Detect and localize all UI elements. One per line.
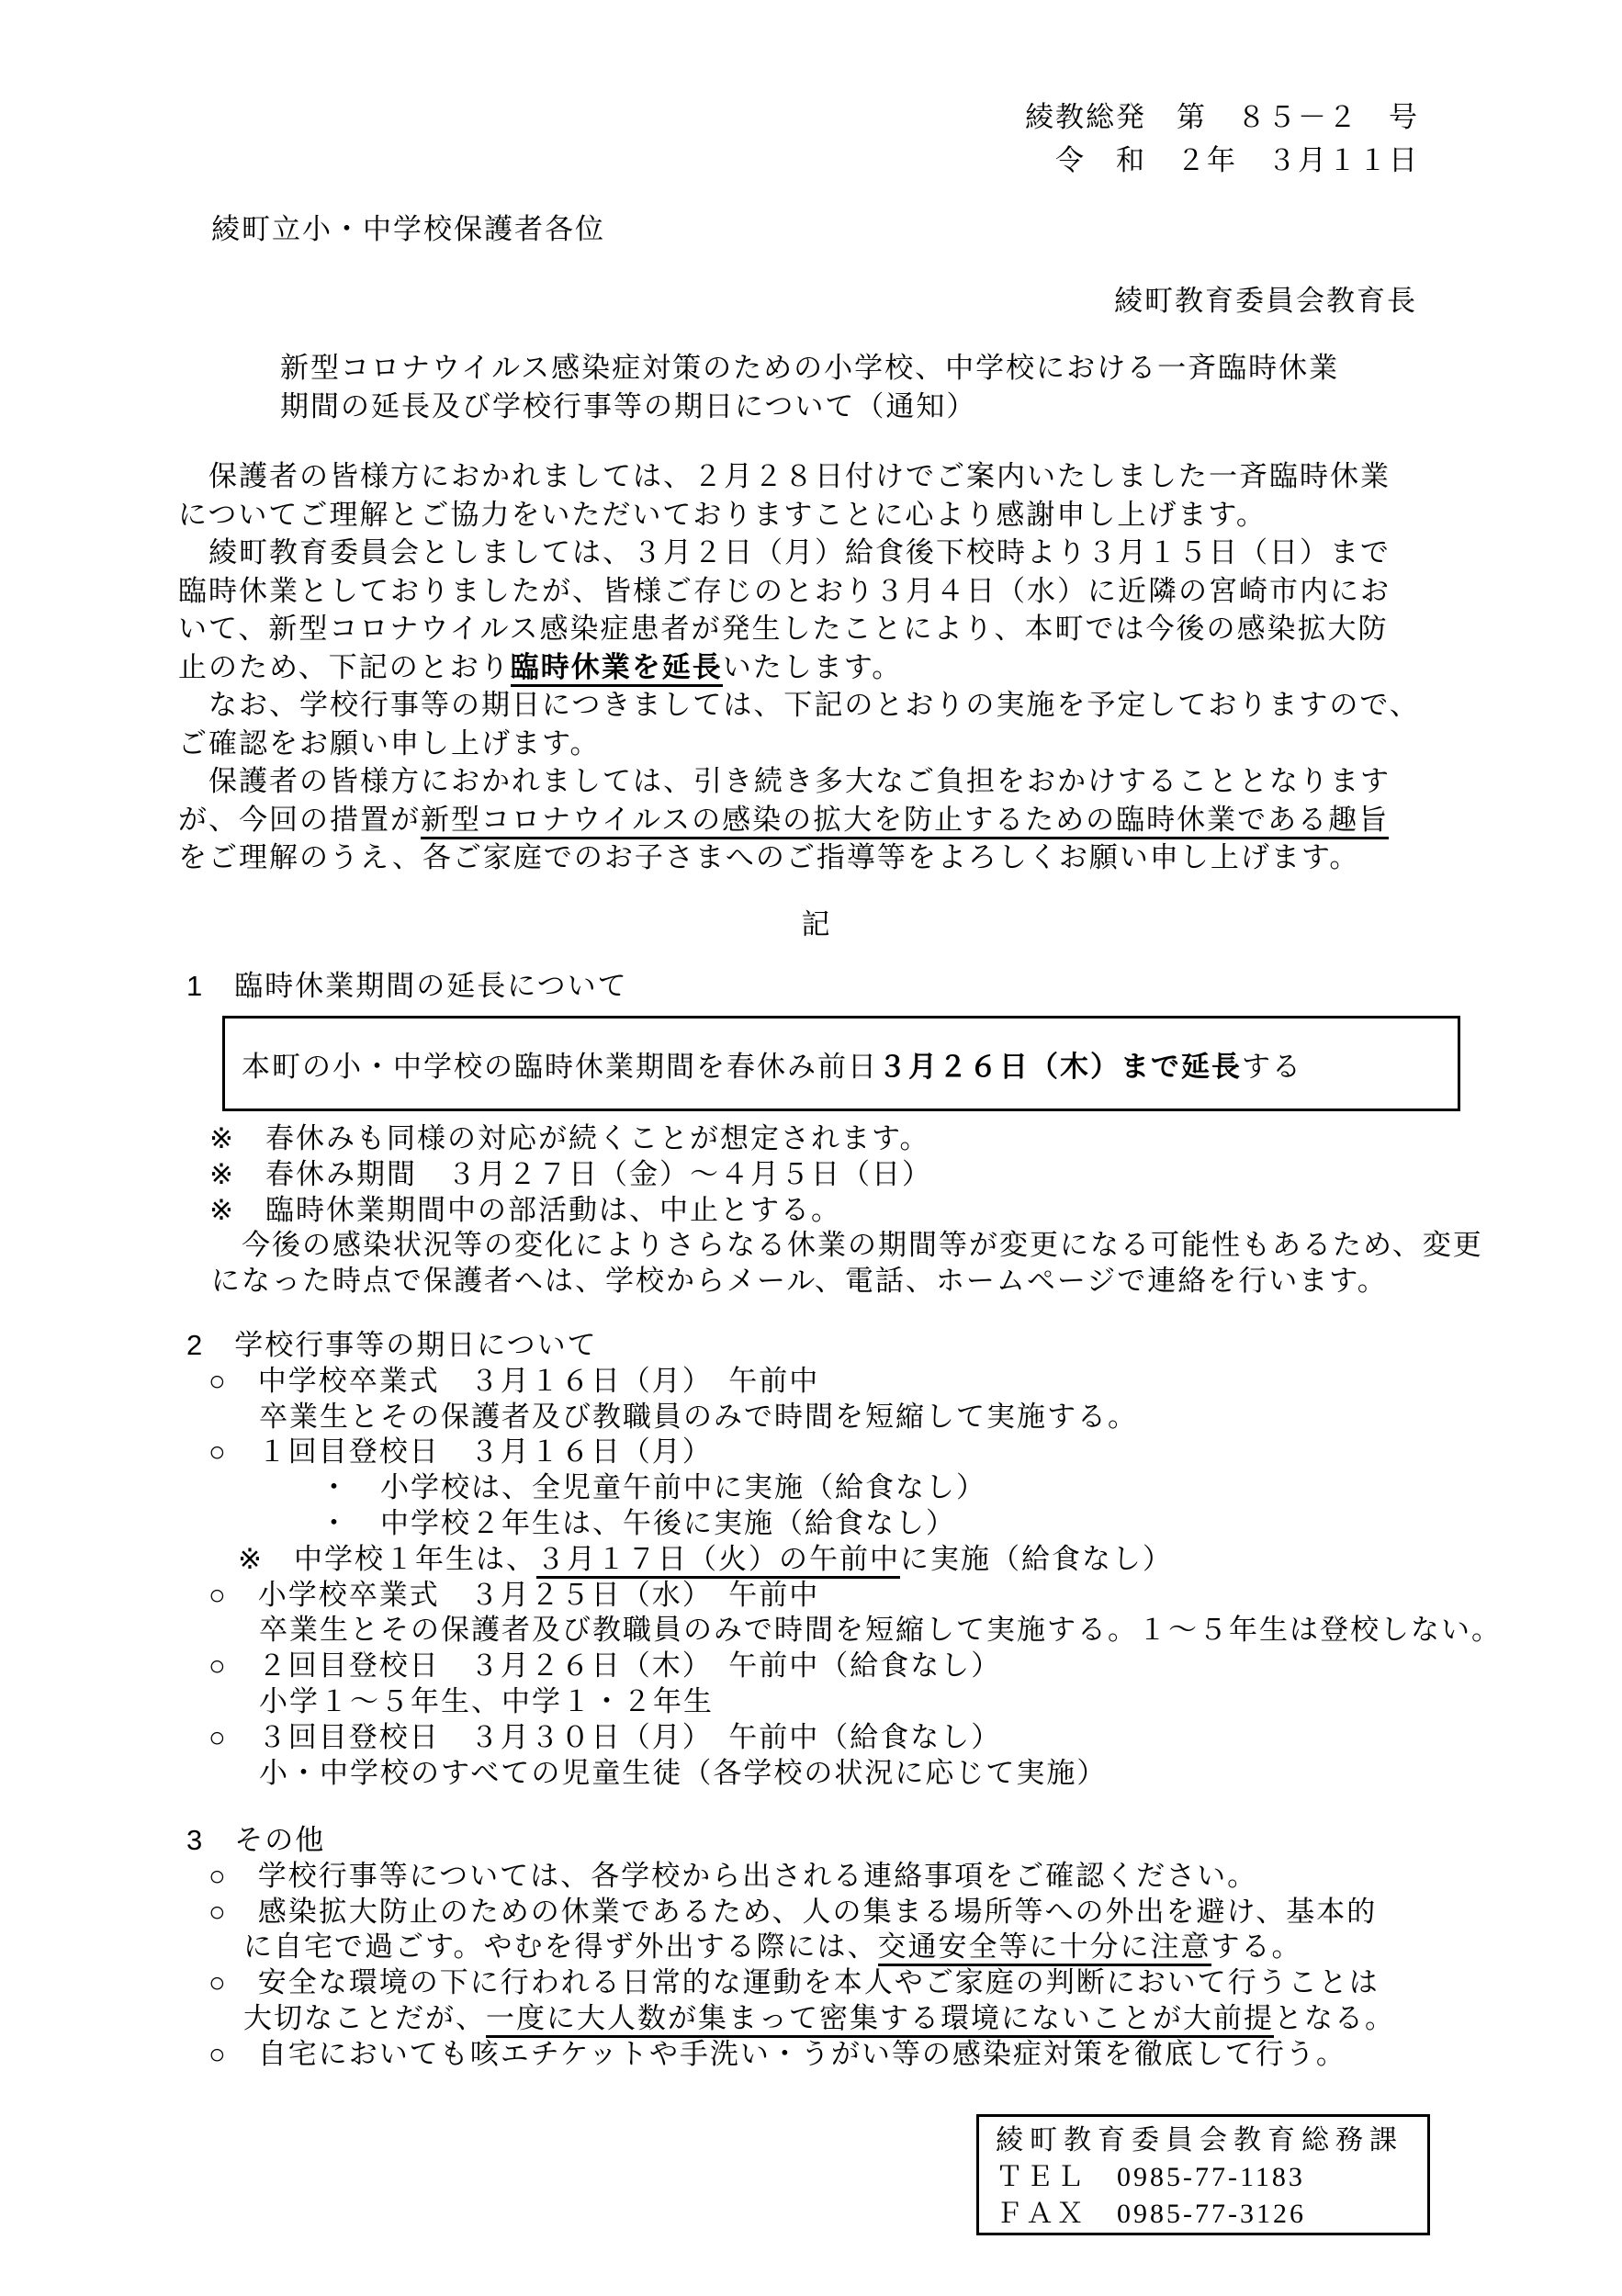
- text-line: 保護者の皆様方におかれましては、引き続き多大なご負担をおかけすることとなります: [178, 762, 1420, 801]
- text-line: になった時点で保護者へは、学校からメール、電話、ホームページで連絡を行います。: [211, 1264, 1483, 1300]
- text-line: 本町の小・中学校の臨時休業期間を春休み前日３月２６日（木）まで延長する: [242, 1043, 1302, 1085]
- text-line: ○ １回目登校日 ３月１６日（月）: [208, 1435, 1502, 1470]
- document-title-line2: 期間の延長及び学校行事等の期日について（通知）: [280, 388, 1339, 426]
- text-segment: ※ 臨時休業期間中の部活動は、中止とする。: [209, 1194, 841, 1226]
- ki-heading: 記: [178, 901, 1455, 942]
- text-line: 臨時休業としておりましたが、皆様ご存じのとおり３月４日（水）に近隣の宮崎市内にお: [178, 572, 1420, 611]
- text-segment: ○ 小学校卒業式 ３月２５日（水） 午前中: [208, 1579, 819, 1611]
- contact-box: 綾町教育委員会教育総務課ＴＥＬ 0985-77-1183ＦＡＸ 0985-77-…: [976, 2114, 1430, 2235]
- text-segment: についてご理解とご協力をいただいておりますことに心より感謝申し上げます。: [178, 499, 1267, 531]
- text-line: ○ ３回目登校日 ３月３０日（月） 午前中（給食なし）: [208, 1720, 1502, 1756]
- text-segment: ※ 春休み期間 ３月２７日（金）～４月５日（日）: [209, 1158, 932, 1190]
- text-line: 小学１～５年生、中学１・２年生: [259, 1684, 1502, 1720]
- text-line: 小・中学校のすべての児童生徒（各学校の状況に応じて実施）: [259, 1756, 1502, 1792]
- text-segment: 臨時休業としておりましたが、皆様ご存じのとおり３月４日（水）に近隣の宮崎市内にお: [178, 575, 1391, 607]
- text-segment: ＴＥＬ 0985-77-1183: [996, 2162, 1305, 2192]
- text-segment: ご確認をお願い申し上げます。: [178, 727, 601, 760]
- text-segment: ○ 自宅においても咳エチケットや手洗い・うがい等の感染症対策を徹底して行う。: [208, 2038, 1346, 2070]
- text-line: 綾町教育委員会教育総務課: [996, 2122, 1427, 2159]
- text-line: ○ 自宅においても咳エチケットや手洗い・うがい等の感染症対策を徹底して行う。: [208, 2037, 1395, 2073]
- text-line: なお、学校行事等の期日につきましては、下記のとおりの実施を予定しておりますので、: [178, 686, 1420, 725]
- text-line: ○ 小学校卒業式 ３月２５日（水） 午前中: [208, 1578, 1502, 1614]
- text-line: についてご理解とご協力をいただいておりますことに心より感謝申し上げます。: [178, 496, 1420, 535]
- text-line: 止のため、下記のとおり臨時休業を延長いたします。: [178, 648, 1420, 687]
- emphasized-text: ３月２６日（木）まで延長: [878, 1051, 1242, 1083]
- emphasized-text: 交通安全等に十分に注意: [878, 1930, 1211, 1966]
- text-segment: 綾町教育委員会としましては、３月２日（月）給食後下校時より３月１５日（日）まで: [178, 536, 1391, 568]
- text-segment: いたします。: [723, 651, 903, 683]
- text-line: ○ 中学校卒業式 ３月１６日（月） 午前中: [208, 1364, 1502, 1400]
- text-segment: ※ 中学校１年生は、: [238, 1543, 536, 1575]
- notice-document-page: 綾教総発 第 ８５－２ 号令 和 ２年 ３月１１日 綾町立小・中学校保護者各位 …: [0, 0, 1622, 2296]
- text-line: ・ 中学校２年生は、午後に実施（給食なし）: [320, 1506, 1502, 1542]
- text-line: ＴＥＬ 0985-77-1183: [996, 2159, 1427, 2196]
- text-segment: ○ ３回目登校日 ３月３０日（月） 午前中（給食なし）: [208, 1721, 1001, 1753]
- text-line: 綾町教育委員会としましては、３月２日（月）給食後下校時より３月１５日（日）まで: [178, 534, 1420, 572]
- text-segment: ○ １回目登校日 ３月１６日（月）: [208, 1435, 713, 1468]
- text-segment: する: [1242, 1051, 1302, 1083]
- text-segment: なお、学校行事等の期日につきましては、下記のとおりの実施を予定しておりますので、: [178, 689, 1420, 721]
- text-segment: に自宅で過ごす。やむを得ず外出する際には、: [243, 1930, 878, 1963]
- text-line: いて、新型コロナウイルス感染症患者が発生したことにより、本町では今後の感染拡大防: [178, 610, 1420, 648]
- text-segment: 令 和 ２年 ３月１１日: [1055, 144, 1419, 176]
- addressee: 綾町立小・中学校保護者各位: [211, 206, 605, 247]
- text-segment: ○ 学校行事等については、各学校から出される連絡事項をご確認ください。: [208, 1860, 1257, 1892]
- text-line: 2 学校行事等の期日について: [186, 1328, 1502, 1364]
- text-segment: となる。: [1274, 2002, 1395, 2034]
- text-line: 卒業生とその保護者及び教職員のみで時間を短縮して実施する。１～５年生は登校しない…: [259, 1613, 1502, 1649]
- text-line: が、今回の措置が新型コロナウイルスの感染の拡大を防止するための臨時休業である趣旨: [178, 801, 1420, 839]
- text-line: に自宅で過ごす。やむを得ず外出する際には、交通安全等に十分に注意する。: [243, 1930, 1395, 1965]
- text-line: 令 和 ２年 ３月１１日: [1025, 139, 1419, 182]
- emphasized-text: 一度に大人数が集まって密集する環境にないことが大前提: [486, 2002, 1274, 2038]
- text-segment: 綾町教育委員会教育総務課: [996, 2125, 1403, 2155]
- emphasized-text: 新型コロナウイルスの感染の拡大を防止するための臨時休業である趣旨: [421, 804, 1389, 839]
- text-segment: 小・中学校のすべての児童生徒（各学校の状況に応じて実施）: [259, 1757, 1107, 1789]
- text-line: ※ 春休み期間 ３月２７日（金）～４月５日（日）: [209, 1157, 1483, 1193]
- text-segment: 大切なことだが、: [243, 2002, 486, 2034]
- text-line: ○ 感染拡大防止のための休業であるため、人の集まる場所等への外出を避け、基本的: [208, 1895, 1395, 1930]
- text-segment: になった時点で保護者へは、学校からメール、電話、ホームページで連絡を行います。: [211, 1265, 1388, 1297]
- text-line: ご確認をお願い申し上げます。: [178, 725, 1420, 763]
- text-segment: ・ 中学校２年生は、午後に実施（給食なし）: [320, 1507, 956, 1539]
- text-segment: ○ ２回目登校日 ３月２６日（木） 午前中（給食なし）: [208, 1649, 1001, 1682]
- text-line: ※ 春休みも同様の対応が続くことが想定されます。: [209, 1121, 1483, 1157]
- emphasized-text: 臨時休業を延長: [511, 651, 723, 687]
- text-segment: 2 学校行事等の期日について: [186, 1329, 598, 1361]
- text-line: 大切なことだが、一度に大人数が集まって密集する環境にないことが大前提となる。: [243, 2001, 1395, 2037]
- text-segment: ○ 感染拡大防止のための休業であるため、人の集まる場所等への外出を避け、基本的: [208, 1896, 1377, 1928]
- document-title-line1: 新型コロナウイルス感染症対策のための小学校、中学校における一斉臨時休業: [280, 349, 1339, 388]
- document-title: 新型コロナウイルス感染症対策のための小学校、中学校における一斉臨時休業 期間の延…: [280, 349, 1339, 426]
- closure-extension-box: 本町の小・中学校の臨時休業期間を春休み前日３月２６日（木）まで延長する: [222, 1016, 1460, 1111]
- text-line: ○ ２回目登校日 ３月２６日（木） 午前中（給食なし）: [208, 1649, 1502, 1684]
- text-segment: 保護者の皆様方におかれましては、引き続き多大なご負担をおかけすることとなります: [178, 765, 1391, 797]
- section3-others: 3 その他○ 学校行事等については、各学校から出される連絡事項をご確認ください。…: [186, 1823, 1395, 2073]
- text-segment: 3 その他: [186, 1824, 325, 1856]
- text-line: ※ 中学校１年生は、３月１７日（火）の午前中に実施（給食なし）: [238, 1542, 1502, 1578]
- text-segment: いて、新型コロナウイルス感染症患者が発生したことにより、本町では今後の感染拡大防: [178, 613, 1389, 645]
- text-segment: 保護者の皆様方におかれましては、２月２８日付けでご案内いたしました一斉臨時休業: [178, 460, 1391, 492]
- text-segment: 小学１～５年生、中学１・２年生: [259, 1685, 714, 1717]
- text-line: ・ 小学校は、全児童午前中に実施（給食なし）: [320, 1470, 1502, 1506]
- text-segment: 卒業生とその保護者及び教職員のみで時間を短縮して実施する。１～５年生は登校しない…: [259, 1614, 1502, 1646]
- text-segment: 本町の小・中学校の臨時休業期間を春休み前日: [242, 1051, 878, 1083]
- text-segment: ・ 小学校は、全児童午前中に実施（給食なし）: [320, 1471, 986, 1503]
- text-line: 保護者の皆様方におかれましては、２月２８日付けでご案内いたしました一斉臨時休業: [178, 457, 1420, 496]
- text-line: ＦＡＸ 0985-77-3126: [996, 2196, 1427, 2233]
- text-line: ○ 学校行事等については、各学校から出される連絡事項をご確認ください。: [208, 1859, 1395, 1895]
- document-number-block: 綾教総発 第 ８５－２ 号令 和 ２年 ３月１１日: [1025, 96, 1419, 182]
- text-segment: ○ 安全な環境の下に行われる日常的な運動を本人やご家庭の判断において行うことは: [208, 1966, 1380, 1998]
- text-segment: が、今回の措置が: [178, 804, 421, 836]
- text-line: 今後の感染状況等の変化によりさらなる休業の期間等が変更になる可能性もあるため、変…: [242, 1228, 1483, 1264]
- text-segment: ○ 中学校卒業式 ３月１６日（月） 午前中: [208, 1365, 819, 1397]
- text-segment: ＦＡＸ 0985-77-3126: [996, 2199, 1306, 2229]
- text-segment: 止のため、下記のとおり: [178, 651, 511, 683]
- text-segment: 綾教総発 第 ８５－２ 号: [1025, 101, 1419, 133]
- section2-school-events: 2 学校行事等の期日について○ 中学校卒業式 ３月１６日（月） 午前中卒業生とそ…: [186, 1328, 1502, 1791]
- text-segment: する。: [1211, 1930, 1302, 1963]
- text-segment: をご理解のうえ、各ご家庭でのお子さまへのご指導等をよろしくお願い申し上げます。: [178, 841, 1359, 873]
- text-line: 3 その他: [186, 1823, 1395, 1859]
- sender: 綾町教育委員会教育長: [1114, 277, 1417, 319]
- text-line: をご理解のうえ、各ご家庭でのお子さまへのご指導等をよろしくお願い申し上げます。: [178, 838, 1420, 877]
- text-segment: に実施（給食なし）: [900, 1543, 1173, 1575]
- text-line: 卒業生とその保護者及び教職員のみで時間を短縮して実施する。: [259, 1400, 1502, 1435]
- text-line: 綾教総発 第 ８５－２ 号: [1025, 96, 1419, 139]
- text-segment: ※ 春休みも同様の対応が続くことが想定されます。: [209, 1122, 930, 1154]
- body-paragraphs: 保護者の皆様方におかれましては、２月２８日付けでご案内いたしました一斉臨時休業に…: [178, 457, 1420, 877]
- text-segment: 卒業生とその保護者及び教職員のみで時間を短縮して実施する。: [259, 1401, 1138, 1433]
- text-line: ○ 安全な環境の下に行われる日常的な運動を本人やご家庭の判断において行うことは: [208, 1965, 1395, 2001]
- text-segment: 今後の感染状況等の変化によりさらなる休業の期間等が変更になる可能性もあるため、変…: [242, 1229, 1483, 1261]
- section1-heading: 1 臨時休業期間の延長について: [186, 962, 628, 1004]
- emphasized-text: ３月１７日（火）の午前中: [536, 1543, 900, 1579]
- section1-notes: ※ 春休みも同様の対応が続くことが想定されます。※ 春休み期間 ３月２７日（金）…: [209, 1121, 1483, 1300]
- text-line: ※ 臨時休業期間中の部活動は、中止とする。: [209, 1193, 1483, 1229]
